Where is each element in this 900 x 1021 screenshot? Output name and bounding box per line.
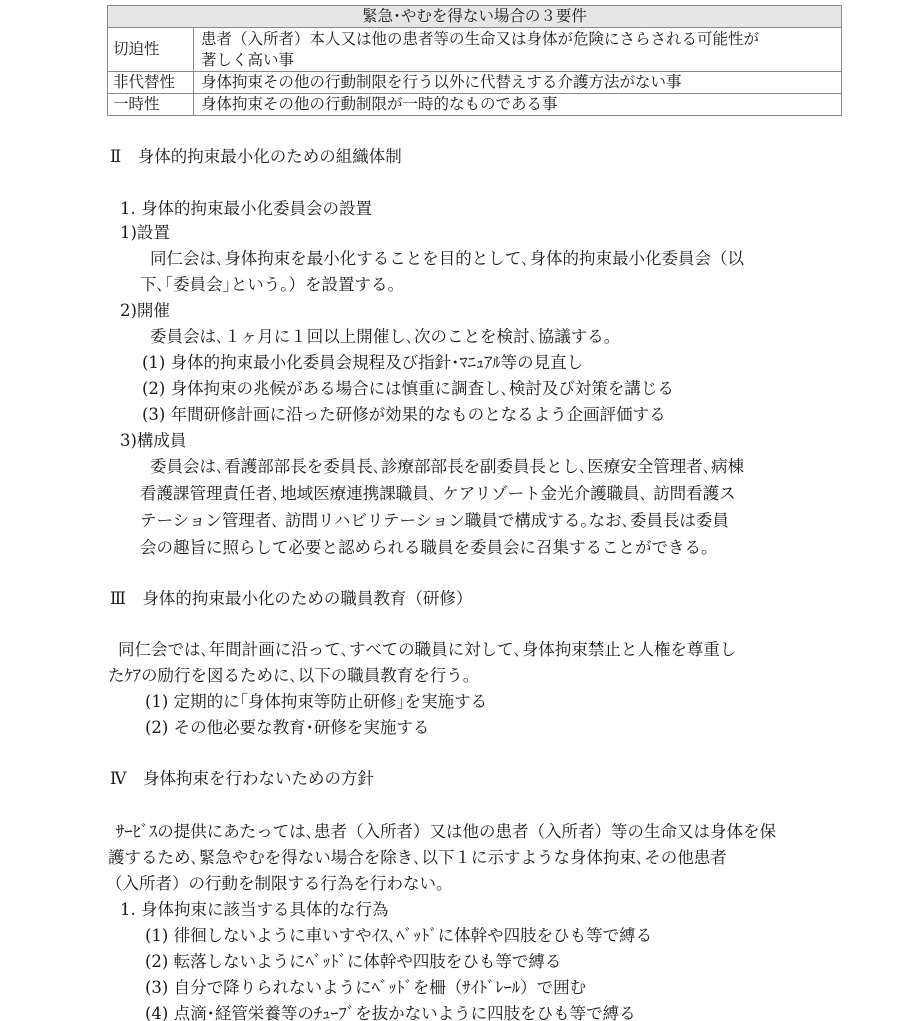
- paragraph-line: 会の趣旨に照らして必要と認められる職員を委員会に召集することができる。: [140, 535, 718, 561]
- paragraph-line: 同仁会では､年間計画に沿って､すべての職員に対して､身体拘束禁止と人権を尊重し: [118, 637, 736, 663]
- list-item: (2) 転落しないようにﾍﾞｯﾄﾞに体幹や四肢をひも等で縛る: [145, 949, 561, 975]
- table-title: 緊急･やむを得ない場合の３要件: [108, 6, 842, 28]
- item-title-members: 3)構成員: [120, 428, 186, 454]
- list-item: (1) 徘徊しないように車いすやｲｽ､ﾍﾞｯﾄﾞに体幹や四肢をひも等で縛る: [145, 923, 652, 949]
- row-description-line: 患者（入所者）本人又は他の患者等の生命又は身体が危険にさらされる可能性が: [201, 29, 836, 50]
- requirements-table: 緊急･やむを得ない場合の３要件 切迫性 患者（入所者）本人又は他の患者等の生命又…: [107, 5, 842, 116]
- table-row: 切迫性 患者（入所者）本人又は他の患者等の生命又は身体が危険にさらされる可能性が…: [108, 28, 842, 72]
- list-item: (1) 定期的に｢身体拘束等防止研修｣を実施する: [145, 689, 487, 715]
- section-heading-education: Ⅲ 身体的拘束最小化のための職員教育（研修）: [110, 586, 472, 612]
- document-page: 緊急･やむを得ない場合の３要件 切迫性 患者（入所者）本人又は他の患者等の生命又…: [0, 0, 900, 1021]
- paragraph-line: 看護課管理責任者､地域医療連携課職員､ ケアリゾート金光介護職員､ 訪問看護ス: [140, 481, 736, 507]
- row-label: 切迫性: [108, 28, 194, 72]
- row-label: 非代替性: [108, 72, 194, 94]
- paragraph-line: たｹｱの励行を図るために､以下の職員教育を行う。: [108, 663, 479, 689]
- item-title-meeting: 2)開催: [120, 298, 170, 324]
- list-item: (2) 身体拘束の兆候がある場合には慎重に調査し､検討及び対策を講じる: [142, 376, 674, 402]
- paragraph-line: 下､｢委員会｣という｡）を設置する。: [140, 272, 404, 298]
- paragraph-line: 護するため､緊急やむを得ない場合を除き､以下１に示すような身体拘束､その他患者: [108, 845, 727, 871]
- table-row: 一時性 身体拘束その他の行動制限が一時的なものである事: [108, 94, 842, 116]
- list-item: (3) 年間研修計画に沿った研修が効果的なものとなるよう企画評価する: [142, 402, 666, 428]
- row-label: 一時性: [108, 94, 194, 116]
- paragraph-line: ｻｰﾋﾞｽの提供にあたっては､患者（入所者）又は他の患者（入所者）等の生命又は身…: [116, 819, 776, 845]
- subsection-title-restraint-acts: 1. 身体拘束に該当する具体的な行為: [120, 897, 389, 923]
- list-item: (2) その他必要な教育･研修を実施する: [145, 715, 429, 741]
- table-header-row: 緊急･やむを得ない場合の３要件: [108, 6, 842, 28]
- paragraph-line: （入所者）の行動を制限する行為を行わない。: [106, 871, 453, 897]
- paragraph-line: 委員会は､１ヶ月に１回以上開催し､次のことを検討､協議する。: [150, 324, 620, 350]
- list-item: (3) 自分で降りられないようにﾍﾞｯﾄﾞを柵（ｻｲﾄﾞﾚｰﾙ）で囲む: [145, 975, 586, 1001]
- list-item: (1) 身体的拘束最小化委員会規程及び指針･ﾏﾆｭｱﾙ等の見直し: [142, 350, 583, 376]
- paragraph-line: 委員会は､看護部部長を委員長､診療部部長を副委員長とし､医療安全管理者､病棟: [150, 454, 744, 480]
- section-heading-policy: Ⅳ 身体拘束を行わないための方針: [110, 766, 374, 792]
- section-heading-organization: Ⅱ 身体的拘束最小化のための組織体制: [110, 144, 402, 170]
- paragraph-line: テーション管理者､ 訪問リハビリテーション職員で構成する｡なお､委員長は委員: [140, 508, 729, 534]
- row-description-line: 著しく高い事: [201, 50, 836, 71]
- subsection-title-committee: 1. 身体的拘束最小化委員会の設置: [120, 196, 372, 222]
- item-title-establishment: 1)設置: [120, 220, 170, 246]
- row-description: 身体拘束その他の行動制限が一時的なものである事: [194, 94, 842, 116]
- row-description: 患者（入所者）本人又は他の患者等の生命又は身体が危険にさらされる可能性が 著しく…: [194, 28, 842, 72]
- paragraph-line: 同仁会は､身体拘束を最小化することを目的として､身体的拘束最小化委員会（以: [150, 246, 744, 272]
- list-item: (4) 点滴･経管栄養等のﾁｭｰﾌﾞを抜かないように四肢をひも等で縛る: [145, 1001, 636, 1021]
- row-description: 身体拘束その他の行動制限を行う以外に代替えする介護方法がない事: [194, 72, 842, 94]
- table-row: 非代替性 身体拘束その他の行動制限を行う以外に代替えする介護方法がない事: [108, 72, 842, 94]
